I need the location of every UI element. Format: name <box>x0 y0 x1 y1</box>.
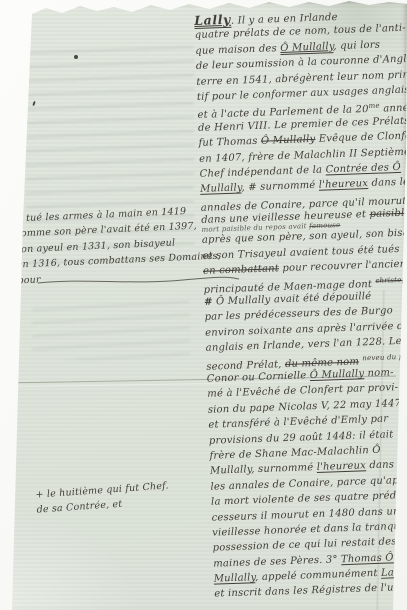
text-segment: nom- <box>364 367 394 379</box>
text-segment: de sa Contrée, et <box>36 499 122 516</box>
text-segment: Thomas Ô <box>341 552 394 565</box>
text-segment: Mullally <box>200 183 242 195</box>
text-segment: Ô Mullally <box>310 368 365 381</box>
text-segment: Evêque de Clonfert <box>315 130 407 145</box>
text-segment: fameuse <box>309 221 340 230</box>
manuscript-body: Lally. Il y a eu en Irlandequatre prélat… <box>194 6 407 603</box>
text-segment: paisible <box>369 208 407 220</box>
text-segment: Mullally, surnommé <box>210 462 317 477</box>
text-segment: Ô Mullally <box>261 134 316 147</box>
text-segment: l'heureux <box>319 178 369 191</box>
text-segment: Ô Mullally <box>280 41 334 55</box>
margin-annotation-bottom: + le huitième qui fut Chef.de sa Contrée… <box>35 478 170 518</box>
ink-speck <box>32 101 36 106</box>
text-segment: en combattant <box>203 263 279 277</box>
text-segment: Conor ou Cornielle <box>207 370 310 385</box>
photo-background: # tué les armes à la main en 1419comme s… <box>0 0 407 610</box>
text-segment: fut Thomas <box>198 136 261 149</box>
ink-bleedthrough-middle <box>32 298 190 360</box>
text-segment: Contrée des Ô <box>325 162 401 176</box>
text-segment: dans les <box>368 177 407 190</box>
text-segment: , qui lors <box>333 39 380 52</box>
text-segment: , # surnommé <box>241 180 319 194</box>
text-segment: neveu du premier <box>362 352 407 362</box>
text-segment: Lally <box>381 567 407 579</box>
text-segment: Mullally <box>214 572 256 584</box>
text-segment: christoph <box>375 275 407 284</box>
text-segment: me <box>368 102 379 110</box>
text-segment: que maison des <box>195 43 280 57</box>
text-segment: pour recouvrer l'ancienne <box>279 259 407 275</box>
ink-speck <box>74 55 78 59</box>
text-segment: dans <box>366 460 394 472</box>
manuscript-page: # tué les armes à la main en 1419comme s… <box>0 0 407 610</box>
text-segment: # <box>204 297 213 308</box>
text-segment: l'heureux <box>317 461 367 474</box>
